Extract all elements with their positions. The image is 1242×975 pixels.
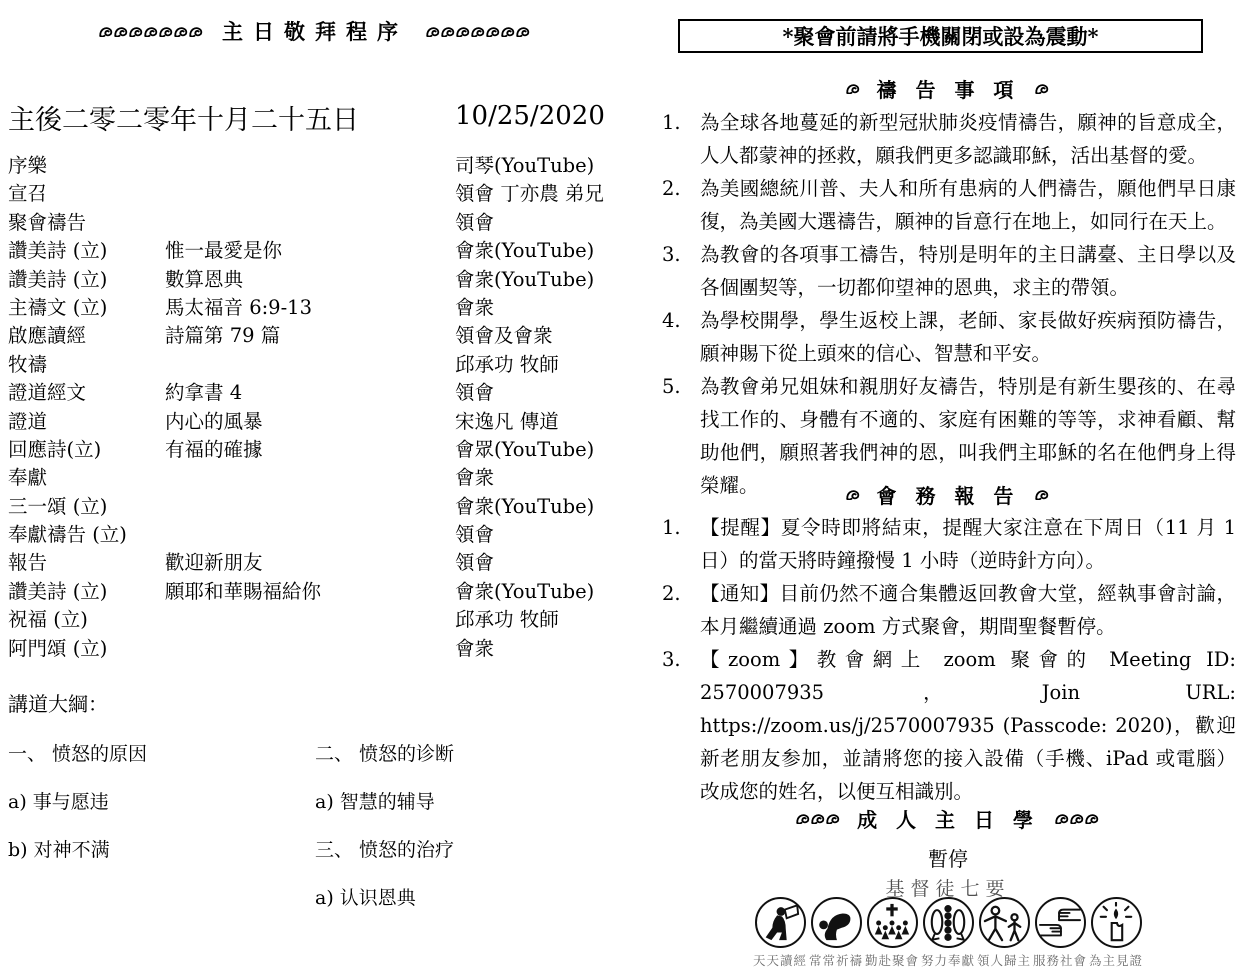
program-item: 序樂 <box>8 152 165 180</box>
program-item: 報告 <box>8 549 165 577</box>
program-row: 宣召領會 丁亦農 弟兄 <box>8 180 620 208</box>
program-content <box>165 606 455 634</box>
announcement-section-title: 會 務 報 告 <box>877 480 1020 509</box>
program-row: 奉獻禱告 (立)領會 <box>8 521 620 549</box>
seven-item: 服務社會 <box>1033 897 1088 969</box>
seven-item: 領人歸主 <box>977 897 1032 969</box>
announcement-item: 3.【zoom】教會網上 zoom 聚會的 Meeting ID: 257000… <box>660 643 1236 808</box>
program-row: 報告歡迎新朋友領會 <box>8 549 620 577</box>
program-content: 歡迎新朋友 <box>165 549 455 577</box>
announcement-text: 【通知】目前仍然不適合集體返回教會大堂，經執事會討論，本月繼續通過 zoom 方… <box>700 582 1236 638</box>
announcement-item: 2.【通知】目前仍然不適合集體返回教會大堂，經執事會討論，本月繼續通過 zoom… <box>660 577 1236 643</box>
prayer-item: 2.為美國總統川普、夫人和所有患病的人們禱告，願他們早日康復，為美國大選禱告，願… <box>660 172 1236 238</box>
swirl-ornament <box>1035 489 1050 500</box>
bulletin-page: 主日敬拜程序 主後二零二零年十月二十五日 10/25/2020 序樂司琴(You… <box>0 0 1242 975</box>
program-table: 序樂司琴(YouTube)宣召領會 丁亦農 弟兄聚會禱告領會讚美詩 (立)惟一最… <box>8 152 620 663</box>
program-item: 證道 <box>8 408 165 436</box>
prayer-number: 5. <box>662 370 681 403</box>
seven-item-label: 常常祈禱 <box>809 951 863 969</box>
announcement-item: 1.【提醒】夏令時即將結束，提醒大家注意在下周日（11 月 1 日）的當天將時鐘… <box>660 511 1236 577</box>
praying-icon <box>811 897 862 948</box>
outline-item: a) 智慧的辅导 <box>315 788 454 836</box>
page-title: 主日敬拜程序 <box>222 16 408 46</box>
phone-silence-notice: *聚會前請將手機關閉或設為震動* <box>678 19 1203 53</box>
program-content <box>165 209 455 237</box>
seven-item: 天天讀經 <box>753 897 808 969</box>
sunday-school-title: 成 人 主 日 學 <box>857 804 1039 833</box>
program-role: 司琴(YouTube) <box>455 152 620 180</box>
program-role: 會衆(YouTube) <box>455 237 620 265</box>
announcement-list: 1.【提醒】夏令時即將結束，提醒大家注意在下周日（11 月 1 日）的當天將時鐘… <box>660 511 1236 808</box>
program-item: 證道經文 <box>8 379 165 407</box>
prayer-item: 4.為學校開學，學生返校上課，老師、家長做好疾病預防禱告，願神賜下從上頭來的信心… <box>660 304 1236 370</box>
witness-icon <box>1091 897 1142 948</box>
prayer-number: 4. <box>662 304 681 337</box>
program-row: 序樂司琴(YouTube) <box>8 152 620 180</box>
program-row: 證道内心的風暴宋逸凡 傳道 <box>8 408 620 436</box>
program-role: 宋逸凡 傳道 <box>455 408 620 436</box>
prayer-text: 為全球各地蔓延的新型冠狀肺炎疫情禱告，願神的旨意成全，人人都蒙神的拯救，願我們更… <box>700 111 1236 167</box>
program-role: 領會 丁亦農 弟兄 <box>455 180 620 208</box>
prayer-list: 1.為全球各地蔓延的新型冠狀肺炎疫情禱告，願神的旨意成全，人人都蒙神的拯救，願我… <box>660 106 1236 502</box>
seven-item: 為主見證 <box>1089 897 1144 969</box>
announcement-number: 2. <box>662 577 681 610</box>
program-content <box>165 152 455 180</box>
program-item: 讚美詩 (立) <box>8 578 165 606</box>
program-role: 邱承功 牧師 <box>455 606 620 634</box>
seven-item-label: 努力奉獻 <box>921 951 975 969</box>
announcement-section-header: 會 務 報 告 <box>660 480 1236 509</box>
sunday-school-header: 成 人 主 日 學 <box>660 804 1236 833</box>
program-role: 會衆(YouTube) <box>455 578 620 606</box>
swirl-ornament <box>99 26 204 37</box>
sunday-school-status: 暫停 <box>660 843 1236 872</box>
outline-item: 一、 愤怒的原因 <box>8 740 147 788</box>
program-role: 會衆(YouTube) <box>455 493 620 521</box>
announcement-text: 【提醒】夏令時即將結束，提醒大家注意在下周日（11 月 1 日）的當天將時鐘撥慢… <box>700 516 1236 572</box>
outline-item: 二、 愤怒的诊断 <box>315 740 454 788</box>
program-item: 奉獻 <box>8 464 165 492</box>
program-row: 三一頌 (立)會衆(YouTube) <box>8 493 620 521</box>
program-role: 會衆 <box>455 464 620 492</box>
prayer-number: 2. <box>662 172 681 205</box>
seven-item: 努力奉獻 <box>921 897 976 969</box>
program-role: 領會 <box>455 521 620 549</box>
swirl-ornament <box>1035 83 1050 94</box>
program-role: 邱承功 牧師 <box>455 351 620 379</box>
sermon-outline-col1: 一、 愤怒的原因a) 事与愿违b) 对神不满 <box>8 740 147 884</box>
program-row: 牧禱邱承功 牧師 <box>8 351 620 379</box>
seven-item-label: 服務社會 <box>1033 951 1087 969</box>
program-content: 數算恩典 <box>165 266 455 294</box>
program-role: 領會 <box>455 549 620 577</box>
program-row: 讚美詩 (立)惟一最愛是你會衆(YouTube) <box>8 237 620 265</box>
program-item: 聚會禱告 <box>8 209 165 237</box>
program-item: 啟應讀經 <box>8 322 165 350</box>
reading-icon <box>755 897 806 948</box>
swirl-ornament <box>1055 813 1100 824</box>
program-role: 會衆(YouTube) <box>455 266 620 294</box>
program-row: 證道經文約拿書 4領會 <box>8 379 620 407</box>
program-content <box>165 464 455 492</box>
program-item: 讚美詩 (立) <box>8 266 165 294</box>
swirl-ornament <box>846 83 861 94</box>
program-row: 主禱文 (立)馬太福音 6:9-13會衆 <box>8 294 620 322</box>
program-item: 阿門頌 (立) <box>8 635 165 663</box>
program-row: 祝福 (立)邱承功 牧師 <box>8 606 620 634</box>
program-row: 奉獻會衆 <box>8 464 620 492</box>
program-role: 會衆 <box>455 294 620 322</box>
outline-item: 三、 愤怒的治疗 <box>315 836 454 884</box>
swirl-ornament <box>846 489 861 500</box>
program-row: 聚會禱告領會 <box>8 209 620 237</box>
date-chinese: 主後二零二零年十月二十五日 <box>8 98 359 137</box>
program-row: 回應詩(立)有福的確據會眾(YouTube) <box>8 436 620 464</box>
program-role: 領會 <box>455 379 620 407</box>
prayer-section-header: 禱 告 事 項 <box>660 74 1236 103</box>
prayer-item: 3.為教會的各項事工禱告，特別是明年的主日講臺、主日學以及各個團契等，一切都仰望… <box>660 238 1236 304</box>
seven-item-label: 勤赴聚會 <box>865 951 919 969</box>
program-content: 有福的確據 <box>165 436 455 464</box>
program-item: 牧禱 <box>8 351 165 379</box>
prayer-number: 1. <box>662 106 681 139</box>
swirl-ornament <box>796 813 841 824</box>
prayer-text: 為教會的各項事工禱告，特別是明年的主日講臺、主日學以及各個團契等，一切都仰望神的… <box>700 243 1236 299</box>
worship-program-header: 主日敬拜程序 <box>0 16 630 46</box>
program-content <box>165 635 455 663</box>
announcement-number: 1. <box>662 511 681 544</box>
evangelism-icon <box>979 897 1030 948</box>
outline-item: b) 对神不满 <box>8 836 147 884</box>
prayer-text: 為美國總統川普、夫人和所有患病的人們禱告，願他們早日康復，為美國大選禱告，願神的… <box>700 177 1236 233</box>
program-row: 讚美詩 (立)數算恩典會衆(YouTube) <box>8 266 620 294</box>
program-item: 宣召 <box>8 180 165 208</box>
program-content: 惟一最愛是你 <box>165 237 455 265</box>
seven-essentials-row: 天天讀經常常祈禱勤赴聚會努力奉獻領人歸主服務社會為主見證 <box>660 897 1236 969</box>
program-item: 三一頌 (立) <box>8 493 165 521</box>
program-content: 願耶和華賜福給你 <box>165 578 455 606</box>
program-content <box>165 351 455 379</box>
program-content <box>165 180 455 208</box>
program-row: 讚美詩 (立)願耶和華賜福給你會衆(YouTube) <box>8 578 620 606</box>
program-role: 領會及會衆 <box>455 322 620 350</box>
prayer-section-title: 禱 告 事 項 <box>877 74 1020 103</box>
program-row: 阿門頌 (立)會衆 <box>8 635 620 663</box>
announcement-text: 【zoom】教會網上 zoom 聚會的 Meeting ID: 25700079… <box>700 648 1236 803</box>
program-content <box>165 521 455 549</box>
seven-item: 常常祈禱 <box>809 897 864 969</box>
program-content: 馬太福音 6:9-13 <box>165 294 455 322</box>
program-item: 主禱文 (立) <box>8 294 165 322</box>
seven-item-label: 領人歸主 <box>977 951 1031 969</box>
prayer-text: 為教會弟兄姐妹和親朋好友禱告，特別是有新生嬰孩的、在尋找工作的、身體有不適的、家… <box>700 375 1236 497</box>
program-content: 約拿書 4 <box>165 379 455 407</box>
prayer-text: 為學校開學，學生返校上課，老師、家長做好疾病預防禱告，願神賜下從上頭來的信心、智… <box>700 309 1236 365</box>
program-item: 奉獻禱告 (立) <box>8 521 165 549</box>
outline-item: a) 认识恩典 <box>315 884 454 932</box>
program-item: 祝福 (立) <box>8 606 165 634</box>
swirl-ornament <box>426 26 531 37</box>
program-content <box>165 493 455 521</box>
program-role: 會衆 <box>455 635 620 663</box>
program-content: 内心的風暴 <box>165 408 455 436</box>
offering-icon <box>923 897 974 948</box>
seven-item-label: 天天讀經 <box>753 951 807 969</box>
program-content: 詩篇第 79 篇 <box>165 322 455 350</box>
serving-icon <box>1035 897 1086 948</box>
seven-item: 勤赴聚會 <box>865 897 920 969</box>
date-numeric: 10/25/2020 <box>455 101 605 131</box>
assembly-icon <box>867 897 918 948</box>
prayer-number: 3. <box>662 238 681 271</box>
prayer-item: 1.為全球各地蔓延的新型冠狀肺炎疫情禱告，願神的旨意成全，人人都蒙神的拯救，願我… <box>660 106 1236 172</box>
announcement-number: 3. <box>662 643 681 676</box>
seven-item-label: 為主見證 <box>1089 951 1143 969</box>
sermon-outline-title: 講道大綱： <box>8 688 108 717</box>
program-item: 讚美詩 (立) <box>8 237 165 265</box>
program-role: 會眾(YouTube) <box>455 436 620 464</box>
program-role: 領會 <box>455 209 620 237</box>
program-row: 啟應讀經詩篇第 79 篇領會及會衆 <box>8 322 620 350</box>
sermon-outline-col2: 二、 愤怒的诊断a) 智慧的辅导三、 愤怒的治疗a) 认识恩典 <box>315 740 454 932</box>
outline-item: a) 事与愿违 <box>8 788 147 836</box>
program-item: 回應詩(立) <box>8 436 165 464</box>
